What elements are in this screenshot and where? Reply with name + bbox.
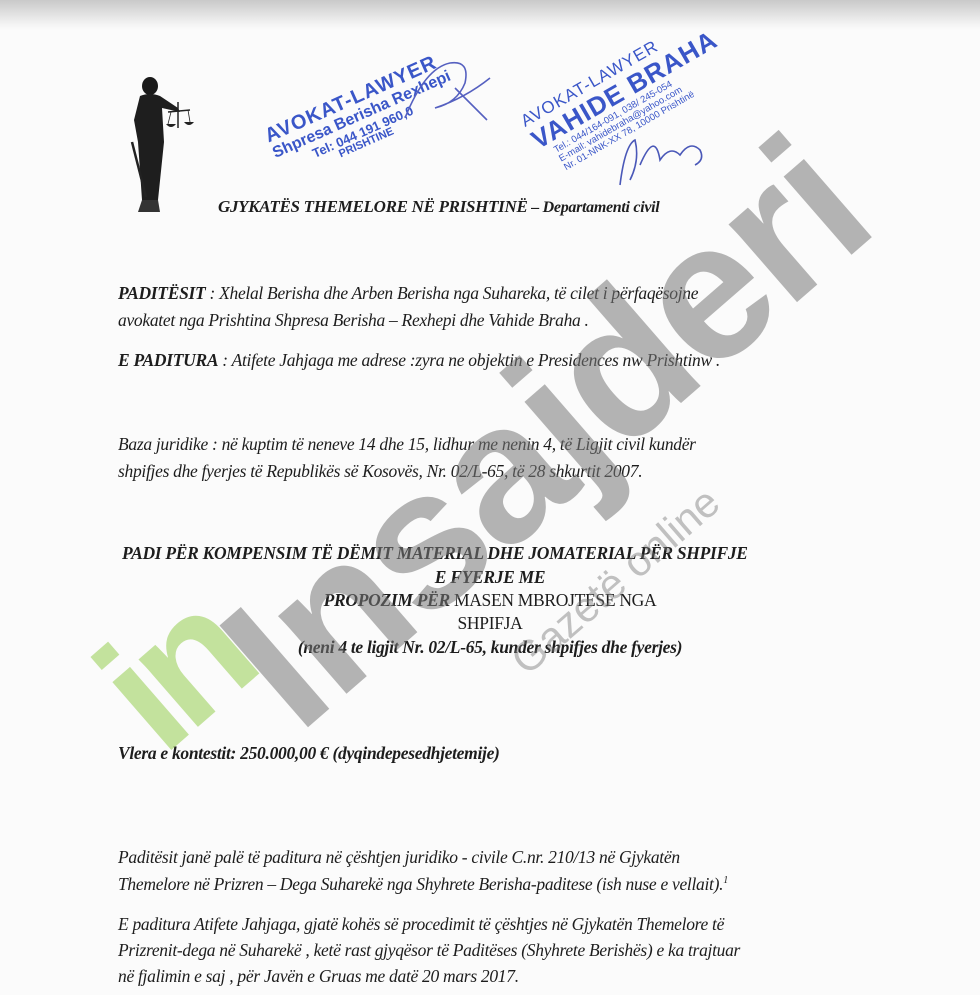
footnote-marker: 1 <box>723 875 728 886</box>
legal-basis-line-2: shpifjes dhe fyerjes të Republikës së Ko… <box>118 461 642 482</box>
lawsuit-title-line-4: SHPIFJA <box>0 613 980 634</box>
paragraph-1-line-2: Themelore në Prizren – Dega Suharekë nga… <box>118 874 728 895</box>
claim-value: Vlera e kontestit: 250.000,00 € (dyqinde… <box>118 743 500 764</box>
court-heading: GJYKATËS THEMELORE NË PRISHTINË – Depart… <box>218 197 659 217</box>
signature-scribble-1 <box>395 48 495 128</box>
paragraph-2-line-3: në fjalimin e saj , për Javën e Gruas me… <box>118 966 519 987</box>
legal-basis-line-1: Baza juridike : në kuptim të neneve 14 d… <box>118 434 696 455</box>
lawsuit-title-line-1: PADI PËR KOMPENSIM TË DËMIT MATERIAL DHE… <box>122 543 748 564</box>
scanned-document-page: AVOKAT-LAWYER Shpresa Berisha Rexhepi Te… <box>0 0 980 995</box>
paragraph-1-line-1: Paditësit janë palë të paditura në çësht… <box>118 847 680 868</box>
lawsuit-title-line-3: PROPOZIM PËR MASEN MBROJTESE NGA <box>0 590 980 611</box>
lady-justice-icon <box>128 72 198 217</box>
plaintiffs-line-1: PADITËSIT : Xhelal Berisha dhe Arben Ber… <box>118 283 698 304</box>
plaintiffs-line-2: avokatet nga Prishtina Shpresa Berisha –… <box>118 310 589 331</box>
lawsuit-title-line-2: E FYERJE ME <box>0 567 980 588</box>
lawsuit-title-line-5: (neni 4 te ligjit Nr. 02/L-65, kunder sh… <box>0 637 980 658</box>
paragraph-2-line-2: Prizrenit-dega në Suharekë , ketë rast g… <box>118 940 740 961</box>
paragraph-2-line-1: E paditura Atifete Jahjaga, gjatë kohës … <box>118 914 724 935</box>
defendant-line: E PADITURA : Atifete Jahjaga me adrese :… <box>118 350 720 371</box>
signature-scribble-2 <box>600 120 720 190</box>
